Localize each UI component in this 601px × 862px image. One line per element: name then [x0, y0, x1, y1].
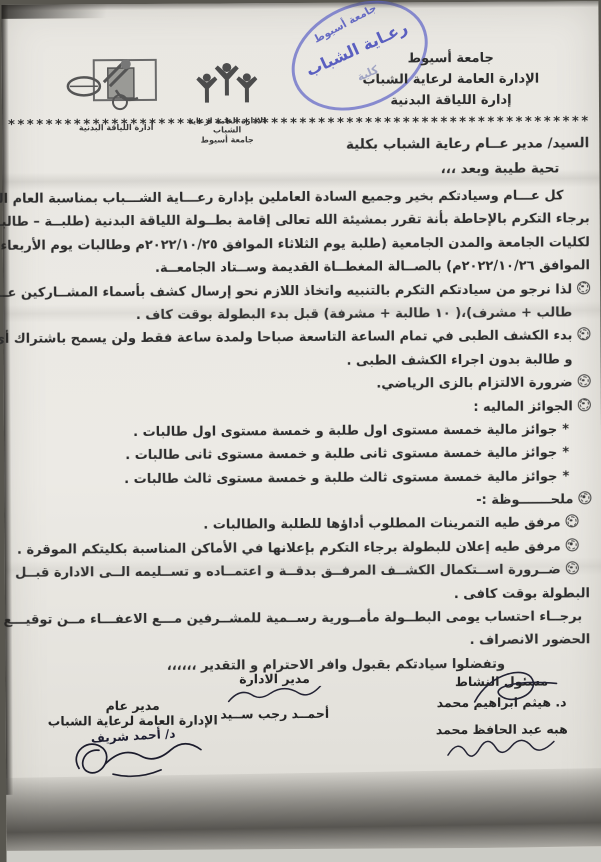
letter-line-text: جوائز مالية خمسة مستوى ثانى طلبة و خمسة … [125, 446, 557, 464]
letter-line-text: طالب + مشرف)،( ١٠ طالبة + مشرفة) قبل بدء… [136, 305, 572, 323]
letter-line: الموافق ٢٠٢٢/١٠/٢٦م) بالصــالة المغطــاة… [17, 254, 590, 281]
secretary-name: هبه عبد الحافظ محمد [427, 721, 577, 737]
signature-scribble-icon [442, 736, 562, 763]
letter-line-text: جوائز مالية خمسة مستوى ثالث طلبة و خمسة … [124, 469, 557, 487]
admin-director-name: أحمــد رجب ســيد [215, 706, 335, 722]
general-director-title: مدير عام [48, 698, 218, 714]
general-director-handwritten-name: د/ أحمد شريف [90, 727, 175, 747]
letter-line-text: بدء الكشف الطبى في تمام الساعة التاسعة ص… [0, 329, 572, 348]
letter-line-text: الجوائز الماليه : [473, 399, 573, 415]
scanned-letter-page: جامعة أسيوط رعـاية الشباب كلية أدارة الل… [0, 0, 601, 862]
letter-line-text: لكليات الجامعة والمدن الجامعية (طلبة يوم… [0, 235, 589, 254]
letter-line: مرفق طيه التمرينات المطلوب أداؤها للطلبة… [18, 512, 591, 539]
letter-line: الجوائز الماليه : [18, 395, 591, 422]
letter-line: كل عـــام وسيادتكم بخير وجميع السادة الع… [16, 184, 589, 211]
letter-line-text: جوائز مالية خمسة مستوى اول طلبة و خمسة م… [133, 422, 557, 440]
gear-bullet-icon [578, 491, 591, 504]
letter-line-text: البطولة بوقت كافى . [454, 586, 590, 602]
gear-bullet-icon [578, 398, 591, 411]
letter-line: مرفق طيه إعلان للبطولة برجاء التكرم بإعل… [19, 535, 592, 562]
letter-line-text: الموافق ٢٠٢٢/١٠/٢٦م) بالصــالة المغطــاة… [155, 258, 590, 276]
signature-scribble-icon [460, 665, 570, 710]
asterisk-bullet: * [562, 469, 569, 484]
letter-line-text: و طالبة بدون اجراء الكشف الطبى . [346, 352, 572, 368]
scan-bottom-shadow [6, 768, 601, 856]
signature-general-director: مدير عام الإدارة العامة لرعاية الشباب د/… [48, 698, 219, 787]
letter-line-text: ضرورة الالتزام بالزى الرياضي. [376, 375, 572, 391]
scan-corner-shadow [1, 4, 151, 19]
asterisk-bullet: * [562, 422, 569, 437]
letter-line: ملحـــــــوظة :- [18, 488, 591, 515]
letter-line: و طالبة بدون اجراء الكشف الطبى . [17, 348, 590, 375]
gear-bullet-icon [566, 515, 579, 528]
letter-line: الحضور الانصراف . [19, 629, 592, 656]
letter-line-text: الحضور الانصراف . [470, 633, 591, 649]
letter-line: *جوائز مالية خمسة مستوى اول طلبة و خمسة … [18, 418, 591, 445]
signature-admin-director: مدير الادارة أحمــد رجب ســيد [214, 671, 334, 722]
letter-line: برجــاء احتساب يومى البطــولة مأمــورية … [19, 605, 592, 632]
letter-lines: كل عـــام وسيادتكم بخير وجميع السادة الع… [16, 184, 592, 679]
letter-line-text: برجــاء احتساب يومى البطــولة مأمــورية … [3, 609, 582, 628]
letter-line: بدء الكشف الطبى في تمام الساعة التاسعة ص… [17, 325, 590, 352]
letter-line: لذا نرجو من سيادتكم التكرم بالتنبيه واتخ… [17, 278, 590, 305]
letter-line: برجاء التكرم بالإحاطة بأنة تقرر بمشيئة ا… [17, 208, 590, 235]
general-director-org: الإدارة العامة لرعاية الشباب [48, 713, 218, 729]
signature-scribble-icon [223, 686, 327, 707]
gear-bullet-icon [566, 538, 579, 551]
signature-activity-officer: مسئول النشاط د. هيثم ابراهيم محمد هبه عب… [426, 673, 577, 763]
gear-bullet-icon [577, 328, 590, 341]
gear-bullet-icon [578, 374, 591, 387]
paper-sheet: جامعة أسيوط رعـاية الشباب كلية أدارة الل… [1, 1, 601, 862]
admin-director-title: مدير الادارة [214, 671, 334, 687]
addressee-line: السيد/ مدير عــام رعاية الشباب بكلية [346, 135, 589, 152]
letter-line: البطولة بوقت كافى . [19, 582, 592, 609]
scan-bottom-strip [7, 847, 601, 862]
letter-line-text: كل عـــام وسيادتكم بخير وجميع السادة الع… [0, 188, 564, 207]
letter-line-text: ضــرورة اســتكمال الكشــف المرفــق بدقــ… [15, 563, 561, 581]
letter-line-text: برجاء التكرم بالإحاطة بأنة تقرر بمشيئة ا… [0, 212, 590, 231]
letter-line: *جوائز مالية خمسة مستوى ثالث طلبة و خمسة… [18, 465, 591, 492]
letter-line-text: مرفق طيه إعلان للبطولة برجاء التكرم بإعل… [17, 539, 561, 557]
letter-line: *جوائز مالية خمسة مستوى ثانى طلبة و خمسة… [18, 442, 591, 469]
letter-line-text: لذا نرجو من سيادتكم التكرم بالتنبيه واتخ… [0, 282, 572, 301]
gear-bullet-icon [577, 281, 590, 294]
letter-line: ضــرورة اســتكمال الكشــف المرفــق بدقــ… [19, 558, 592, 585]
asterisk-bullet: * [562, 446, 569, 461]
gear-bullet-icon [566, 562, 579, 575]
letter-line: لكليات الجامعة والمدن الجامعية (طلبة يوم… [17, 231, 590, 258]
letter-line-text: مرفق طيه التمرينات المطلوب أداؤها للطلبة… [203, 516, 560, 533]
greeting-line: تحية طيبة وبعد ،،، [441, 160, 560, 177]
letter-line-text: ملحـــــــوظة :- [476, 492, 573, 508]
letter-line: طالب + مشرف)،( ١٠ طالبة + مشرفة) قبل بدء… [17, 301, 590, 328]
letter-line: ضرورة الالتزام بالزى الرياضي. [18, 371, 591, 398]
